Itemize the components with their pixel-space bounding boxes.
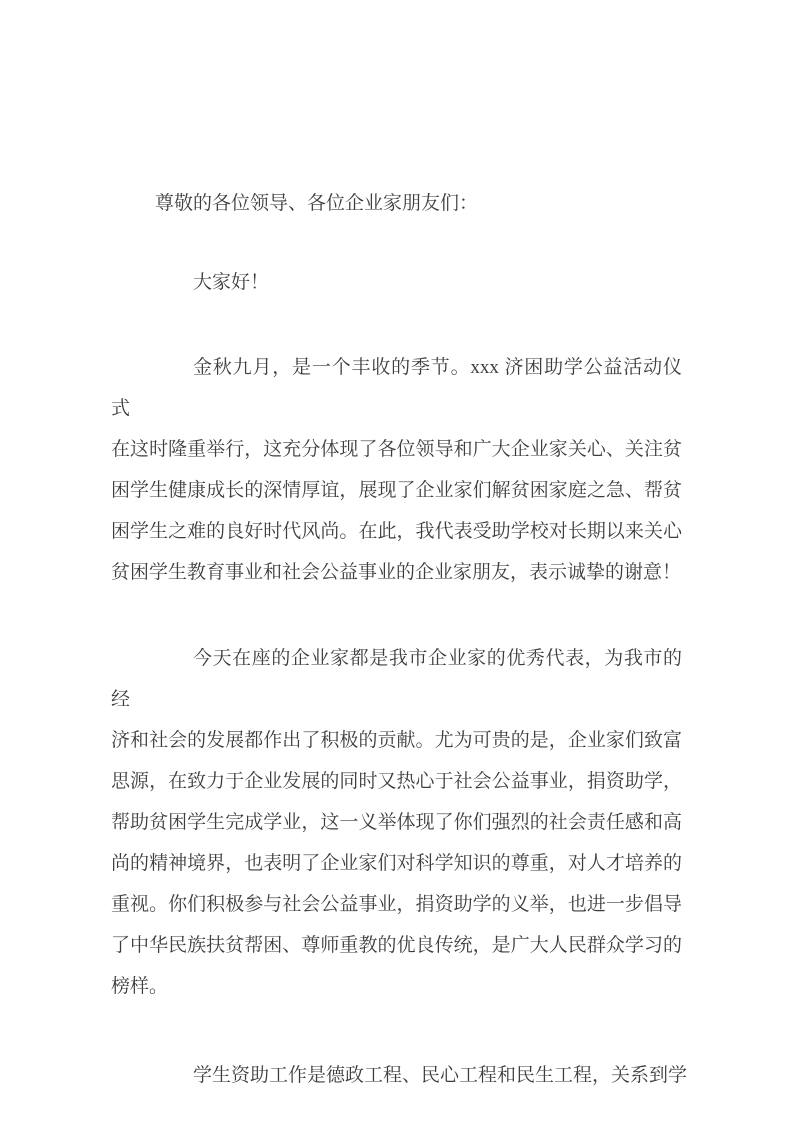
paragraph-line: 济和社会的发展都作出了积极的贡献。尤为可贵的是，企业家们致富 xyxy=(111,720,682,761)
paragraph-line: 重视。你们积极参与社会公益事业，捐资助学的义举，也进一步倡导 xyxy=(111,884,682,925)
document-page: 尊敬的各位领导、各位企业家朋友们： 大家好！金秋九月，是一个丰收的季节。xxx … xyxy=(0,0,793,1122)
paragraph-line: 在这时隆重举行，这充分体现了各位领导和广大企业家关心、关注贫 xyxy=(111,429,682,470)
salutation-line: 尊敬的各位领导、各位企业家朋友们： xyxy=(111,183,682,224)
paragraph: 学生资助工作是德政工程、民心工程和民生工程，关系到学 xyxy=(111,1055,682,1096)
paragraph: 大家好！ xyxy=(111,262,682,303)
paragraph-line: 学生资助工作是德政工程、民心工程和民生工程，关系到学 xyxy=(111,1055,682,1096)
paragraph-line: 贫困学生教育事业和社会公益事业的企业家朋友，表示诚挚的谢意！ xyxy=(111,552,682,593)
paragraph: 今天在座的企业家都是我市企业家的优秀代表，为我市的经济和社会的发展都作出了积极的… xyxy=(111,638,682,1007)
paragraph-line: 今天在座的企业家都是我市企业家的优秀代表，为我市的经 xyxy=(111,638,682,720)
paragraph: 金秋九月，是一个丰收的季节。xxx 济困助学公益活动仪式在这时隆重举行，这充分体… xyxy=(111,347,682,593)
paragraph-line: 了中华民族扶贫帮困、尊师重教的优良传统，是广大人民群众学习的 xyxy=(111,925,682,966)
paragraph-line: 困学生健康成长的深情厚谊，展现了企业家们解贫困家庭之急、帮贫 xyxy=(111,470,682,511)
document-body: 大家好！金秋九月，是一个丰收的季节。xxx 济困助学公益活动仪式在这时隆重举行，… xyxy=(111,262,682,1096)
paragraph-line: 尚的精神境界，也表明了企业家们对科学知识的尊重，对人才培养的 xyxy=(111,843,682,884)
paragraph-line: 思源，在致力于企业发展的同时又热心于社会公益事业，捐资助学， xyxy=(111,761,682,802)
paragraph-line: 帮助贫困学生完成学业，这一义举体现了你们强烈的社会责任感和高 xyxy=(111,802,682,843)
paragraph-line: 困学生之难的良好时代风尚。在此，我代表受助学校对长期以来关心 xyxy=(111,511,682,552)
paragraph-line: 大家好！ xyxy=(111,262,682,303)
paragraph-line: 金秋九月，是一个丰收的季节。xxx 济困助学公益活动仪式 xyxy=(111,347,682,429)
paragraph-line: 榜样。 xyxy=(111,966,682,1007)
